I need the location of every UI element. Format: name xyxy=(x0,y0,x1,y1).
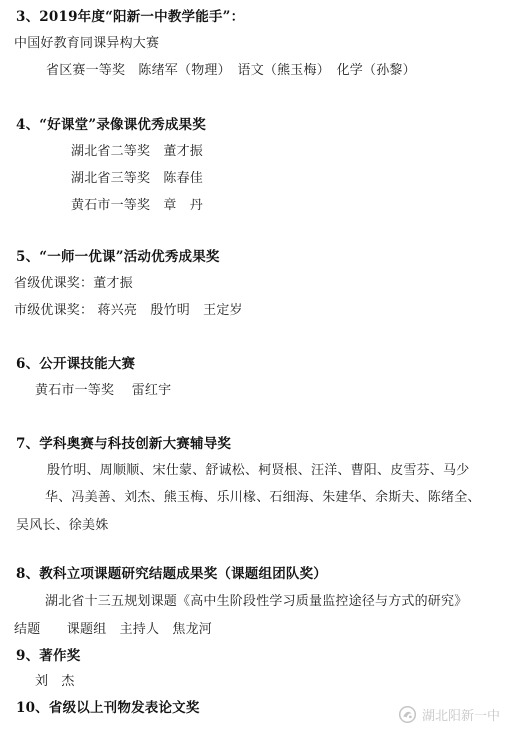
watermark: 湖北阳新一中 xyxy=(398,705,500,724)
section-7-names-line-1: 殷竹明、周顺顺、宋仕蒙、舒诚松、柯贤根、汪洋、曹阳、皮雪芬、马少 xyxy=(47,462,469,480)
section-3-contest-name: 中国好教育同课异构大赛 xyxy=(14,35,159,53)
section-7-names-line-2: 华、冯美善、刘杰、熊玉梅、乐川椽、石细海、朱建华、余斯夫、陈绪全、 xyxy=(45,489,481,507)
section-9-heading: 9、著作奖 xyxy=(16,647,80,665)
section-8-project-title: 湖北省十三五规划课题《高中生阶段性学习质量监控途径与方式的研究》 xyxy=(45,593,467,611)
section-9-award-line: 刘 杰 xyxy=(35,673,75,691)
section-3-heading: 3、2019年度“阳新一中教学能手”： xyxy=(16,8,244,26)
section-5-heading: 5、“一师一优课”活动优秀成果奖 xyxy=(16,248,220,266)
section-6-heading: 6、公开课技能大赛 xyxy=(16,355,135,373)
school-logo-icon xyxy=(398,705,417,724)
section-4-award-line-2: 湖北省三等奖 陈春佳 xyxy=(71,170,203,188)
section-4-heading: 4、“好课堂”录像课优秀成果奖 xyxy=(16,116,206,134)
section-7-names-line-3: 吴风长、徐美姝 xyxy=(16,517,108,535)
section-4-award-line-3: 黄石市一等奖 章 丹 xyxy=(71,197,203,215)
section-3-award-line: 省区赛一等奖 陈绪军（物理） 语文（熊玉梅） 化学（孙黎） xyxy=(46,62,416,80)
watermark-label: 湖北阳新一中 xyxy=(422,705,500,724)
section-6-award-line: 黄石市一等奖 雷红宇 xyxy=(35,382,171,400)
section-7-heading: 7、学科奥赛与科技创新大赛辅导奖 xyxy=(16,435,231,453)
section-4-award-line-1: 湖北省二等奖 董才振 xyxy=(71,143,203,161)
section-8-project-leader: 结题 课题组 主持人 焦龙河 xyxy=(14,621,212,639)
section-8-heading: 8、教科立项课题研究结题成果奖（课题组团队奖） xyxy=(16,565,327,583)
section-10-heading: 10、省级以上刊物发表论文奖 xyxy=(16,699,200,717)
document-page: 3、2019年度“阳新一中教学能手”： 中国好教育同课异构大赛 省区赛一等奖 陈… xyxy=(0,0,514,738)
section-5-award-line-2: 市级优课奖： 蒋兴亮 殷竹明 王定岁 xyxy=(14,302,243,320)
section-5-award-line-1: 省级优课奖：董才振 xyxy=(14,275,133,293)
